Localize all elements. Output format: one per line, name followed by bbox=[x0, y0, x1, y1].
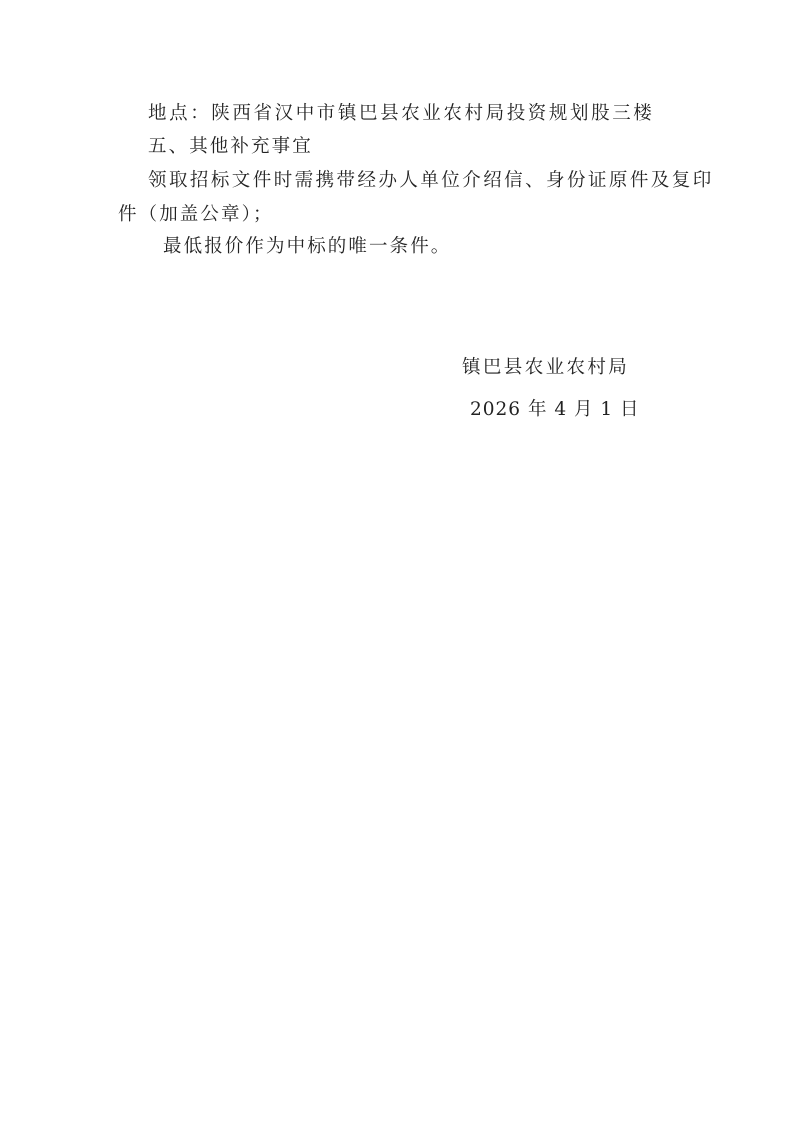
location-paragraph: 地点：陕西省汉中市镇巴县农业农村局投资规划股三楼 bbox=[148, 102, 654, 126]
requirements-paragraph-line-1: 领取招标文件时需携带经办人单位介绍信、身份证原件及复印 bbox=[148, 169, 714, 193]
section-heading-other-matters: 五、其他补充事宜 bbox=[148, 135, 313, 159]
requirements-paragraph-line-2: 件（加盖公章）； bbox=[118, 203, 274, 227]
signature-organization: 镇巴县农业农村局 bbox=[462, 356, 629, 380]
award-condition-paragraph: 最低报价作为中标的唯一条件。 bbox=[163, 235, 451, 259]
signature-date: 2026 年 4 月 1 日 bbox=[470, 398, 640, 422]
